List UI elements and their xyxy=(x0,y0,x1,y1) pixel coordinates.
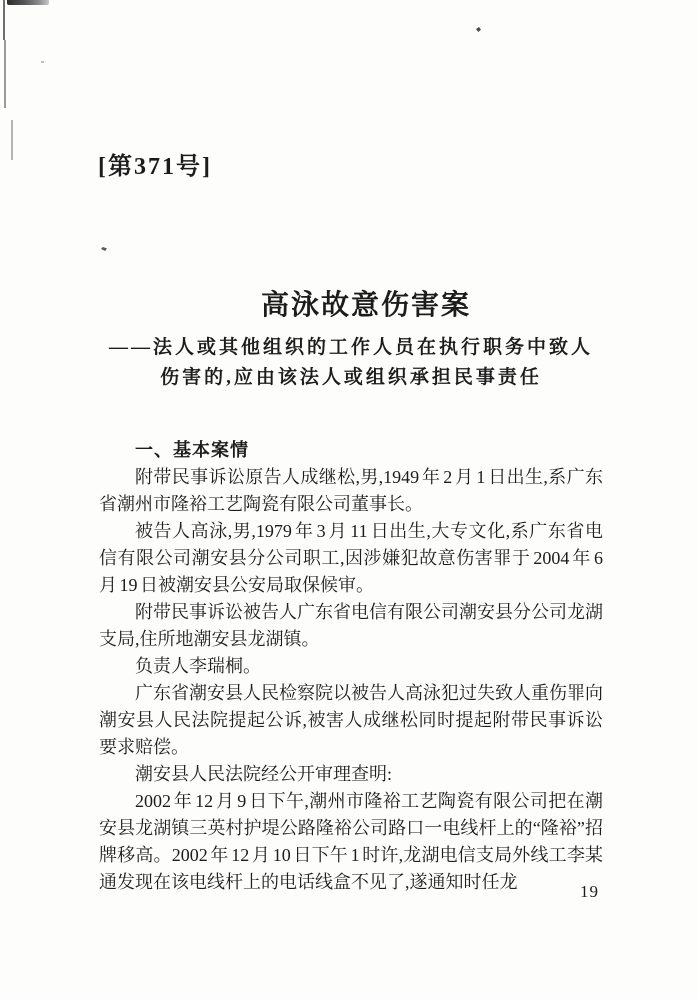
body-paragraph: 被告人高泳,男,1979 年 3 月 11 日出生,大专文化,系广东省电信有限公… xyxy=(99,518,603,599)
case-subtitle-line2: 伤害的,应由该法人或组织承担民事责任 xyxy=(99,363,603,393)
body-paragraph: 潮安县人民法院经公开审理查明: xyxy=(99,761,603,788)
ink-speck xyxy=(41,61,44,63)
case-subtitle-line1: ——法人或其他组织的工作人员在执行职务中致人 xyxy=(99,333,603,363)
ink-speck xyxy=(476,27,481,32)
case-number: [第371号] xyxy=(98,146,212,181)
section-heading-basic-facts: 一、基本案情 xyxy=(99,437,603,464)
scan-edge-line xyxy=(11,120,13,160)
body-paragraph: 附带民事诉讼原告人成继松,男,1949 年 2 月 1 日出生,系广东省潮州市隆… xyxy=(99,464,603,518)
ink-speck xyxy=(101,247,107,251)
case-subtitle: ——法人或其他组织的工作人员在执行职务中致人 伤害的,应由该法人或组织承担民事责… xyxy=(99,333,603,393)
body-paragraph: 广东省潮安县人民检察院以被告人高泳犯过失致人重伤罪向潮安县人民法院提起公诉,被害… xyxy=(99,680,603,761)
title-block: 高泳故意伤害案 ——法人或其他组织的工作人员在执行职务中致人 伤害的,应由该法人… xyxy=(99,283,603,393)
scan-edge-line xyxy=(4,40,6,108)
body-paragraph: 附带民事诉讼被告人广东省电信有限公司潮安县分公司龙湖支局,住所地潮安县龙湖镇。 xyxy=(99,599,603,653)
body-paragraph: 2002 年 12 月 9 日下午,潮州市隆裕工艺陶瓷有限公司把在潮安县龙湖镇三… xyxy=(99,788,603,896)
case-title: 高泳故意伤害案 xyxy=(129,283,603,323)
scanned-document-page: [第371号] 高泳故意伤害案 ——法人或其他组织的工作人员在执行职务中致人 伤… xyxy=(0,0,698,999)
page-number: 19 xyxy=(580,882,599,902)
scan-smudge xyxy=(7,0,49,5)
scan-edge-line xyxy=(3,0,5,40)
body-paragraph: 负责人李瑞桐。 xyxy=(99,653,603,680)
body-text: 一、基本案情 附带民事诉讼原告人成继松,男,1949 年 2 月 1 日出生,系… xyxy=(99,437,603,896)
